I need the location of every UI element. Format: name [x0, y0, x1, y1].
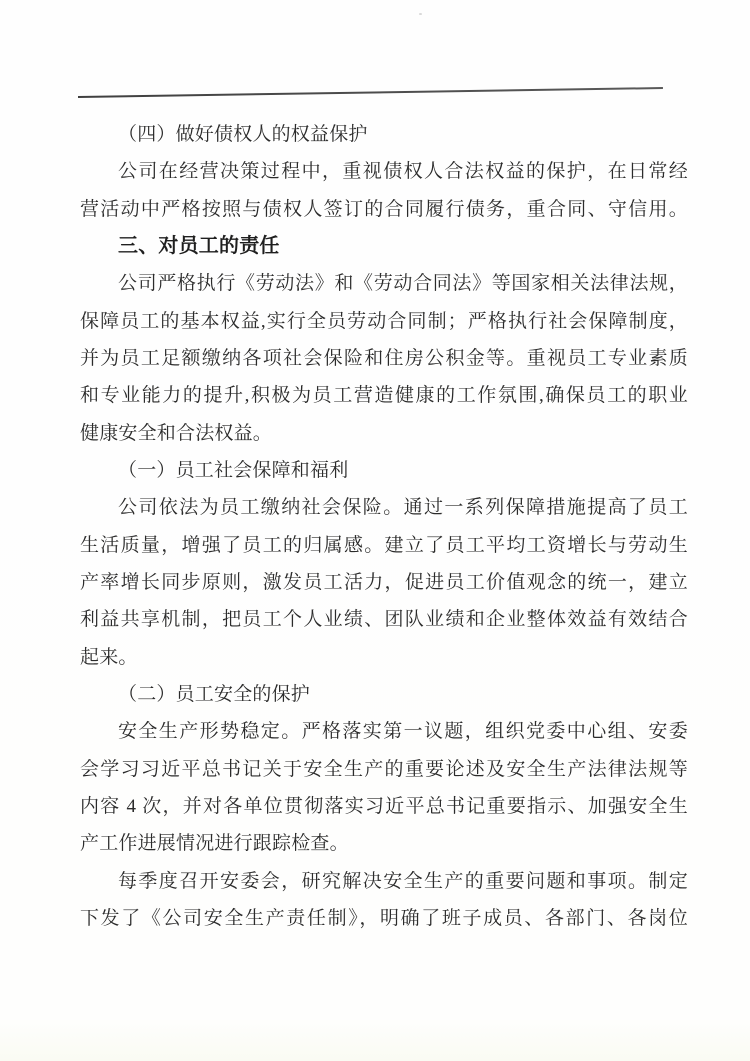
text-line: 健康安全和合法权益。 — [80, 415, 688, 452]
heading-section-three: 三、对员工的责任 — [80, 228, 688, 265]
text-line: 生活质量，增强了员工的归属感。建立了员工平均工资增长与劳动生 — [80, 527, 688, 564]
subheading-section-one: （一）员工社会保障和福利 — [80, 452, 688, 489]
text-line: 公司严格执行《劳动法》和《劳动合同法》等国家相关法律法规， — [80, 265, 688, 302]
text-line: 并为员工足额缴纳各项社会保险和住房公积金等。重视员工专业素质 — [80, 340, 688, 377]
subheading-section-four: （四）做好债权人的权益保护 — [80, 116, 688, 153]
text-line: 公司在经营决策过程中，重视债权人合法权益的保护，在日常经 — [80, 153, 688, 190]
scan-artifact — [419, 13, 422, 15]
text-line: 每季度召开安委会，研究解决安全生产的重要问题和事项。制定 — [80, 863, 688, 900]
text-line: 保障员工的基本权益,实行全员劳动合同制；严格执行社会保障制度， — [80, 303, 688, 340]
text-line: 产率增长同步原则，激发员工活力，促进员工价值观念的统一，建立 — [80, 564, 688, 601]
text-line: 起来。 — [80, 639, 688, 676]
text-line: 营活动中严格按照与债权人签订的合同履行债务，重合同、守信用。 — [80, 191, 688, 228]
text-line: 产工作进展情况进行跟踪检查。 — [80, 825, 688, 862]
text-line: 安全生产形势稳定。严格落实第一议题，组织党委中心组、安委 — [80, 713, 688, 750]
page: （四）做好债权人的权益保护 公司在经营决策过程中，重视债权人合法权益的保护，在日… — [0, 0, 750, 1061]
header-rule — [78, 87, 663, 98]
text-line: 下发了《公司安全生产责任制》，明确了班子成员、各部门、各岗位 — [80, 900, 688, 937]
text-line: 内容 4 次，并对各单位贯彻落实习近平总书记重要指示、加强安全生 — [80, 788, 688, 825]
text-line: 和专业能力的提升,积极为员工营造健康的工作氛围,确保员工的职业 — [80, 377, 688, 414]
document-text: （四）做好债权人的权益保护 公司在经营决策过程中，重视债权人合法权益的保护，在日… — [80, 116, 688, 937]
text-line: 会学习习近平总书记关于安全生产的重要论述及安全生产法律法规等 — [80, 751, 688, 788]
text-line: 利益共享机制，把员工个人业绩、团队业绩和企业整体效益有效结合 — [80, 601, 688, 638]
text-line: 公司依法为员工缴纳社会保险。通过一系列保障措施提高了员工 — [80, 489, 688, 526]
subheading-section-two: （二）员工安全的保护 — [80, 676, 688, 713]
